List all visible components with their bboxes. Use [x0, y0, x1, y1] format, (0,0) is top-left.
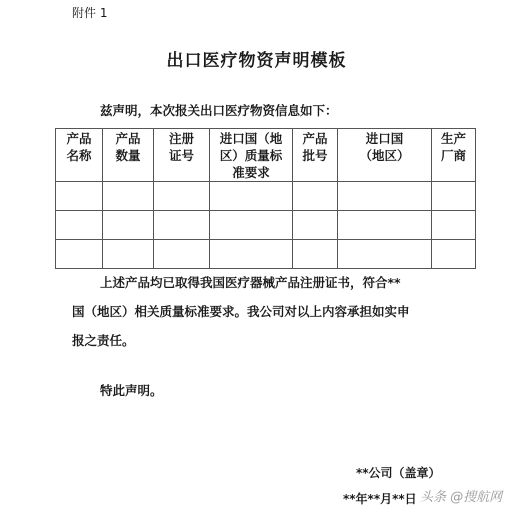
company-seal-line: **公司（盖章）	[356, 464, 441, 481]
paragraph-line-1: 上述产品均已取得我国医疗器械产品注册证书，符合**	[100, 275, 401, 290]
header-registration-number: 注册证号	[154, 129, 210, 182]
table-cell	[210, 211, 293, 240]
closing-statement: 特此声明。	[100, 381, 163, 399]
table-cell	[338, 211, 432, 240]
document-title: 出口医疗物资声明模板	[0, 46, 513, 71]
declaration-table: 产品名称 产品数量 注册证号 进口国（地区）质量标准要求 产品批号 进口国（地区…	[55, 128, 476, 269]
table-cell	[56, 182, 103, 211]
table-cell	[432, 182, 476, 211]
header-quality-standard: 进口国（地区）质量标准要求	[210, 129, 293, 182]
declaration-paragraph: 上述产品均已取得我国医疗器械产品注册证书，符合** 国（地区）相关质量标准要求。…	[72, 268, 452, 355]
table-cell	[293, 182, 338, 211]
table-row	[56, 182, 476, 211]
table-cell	[293, 240, 338, 269]
table-cell	[56, 211, 103, 240]
header-product-name: 产品名称	[56, 129, 103, 182]
watermark: 头条 @搜航网	[420, 486, 502, 505]
table-cell	[154, 211, 210, 240]
header-product-quantity: 产品数量	[103, 129, 154, 182]
header-manufacturer: 生产厂商	[432, 129, 476, 182]
header-import-country: 进口国（地区）	[338, 129, 432, 182]
table-cell	[56, 240, 103, 269]
table-cell	[103, 240, 154, 269]
attachment-label: 附件 1	[72, 4, 107, 21]
table-cell	[210, 182, 293, 211]
header-batch-number: 产品批号	[293, 129, 338, 182]
table-header-row: 产品名称 产品数量 注册证号 进口国（地区）质量标准要求 产品批号 进口国（地区…	[56, 129, 476, 182]
table-cell	[432, 211, 476, 240]
table-cell	[432, 240, 476, 269]
table-cell	[338, 182, 432, 211]
table-cell	[210, 240, 293, 269]
intro-statement: 兹声明，本次报关出口医疗物资信息如下：	[100, 101, 338, 119]
table-row	[56, 211, 476, 240]
table-row	[56, 240, 476, 269]
table-cell	[154, 240, 210, 269]
table-cell	[154, 182, 210, 211]
table-cell	[103, 182, 154, 211]
date-line: **年**月**日	[343, 490, 417, 507]
table-cell	[293, 211, 338, 240]
table-cell	[338, 240, 432, 269]
paragraph-line-2: 国（地区）相关质量标准要求。我公司对以上内容承担如实申	[72, 297, 452, 326]
table-cell	[103, 211, 154, 240]
paragraph-line-3: 报之责任。	[72, 326, 452, 355]
